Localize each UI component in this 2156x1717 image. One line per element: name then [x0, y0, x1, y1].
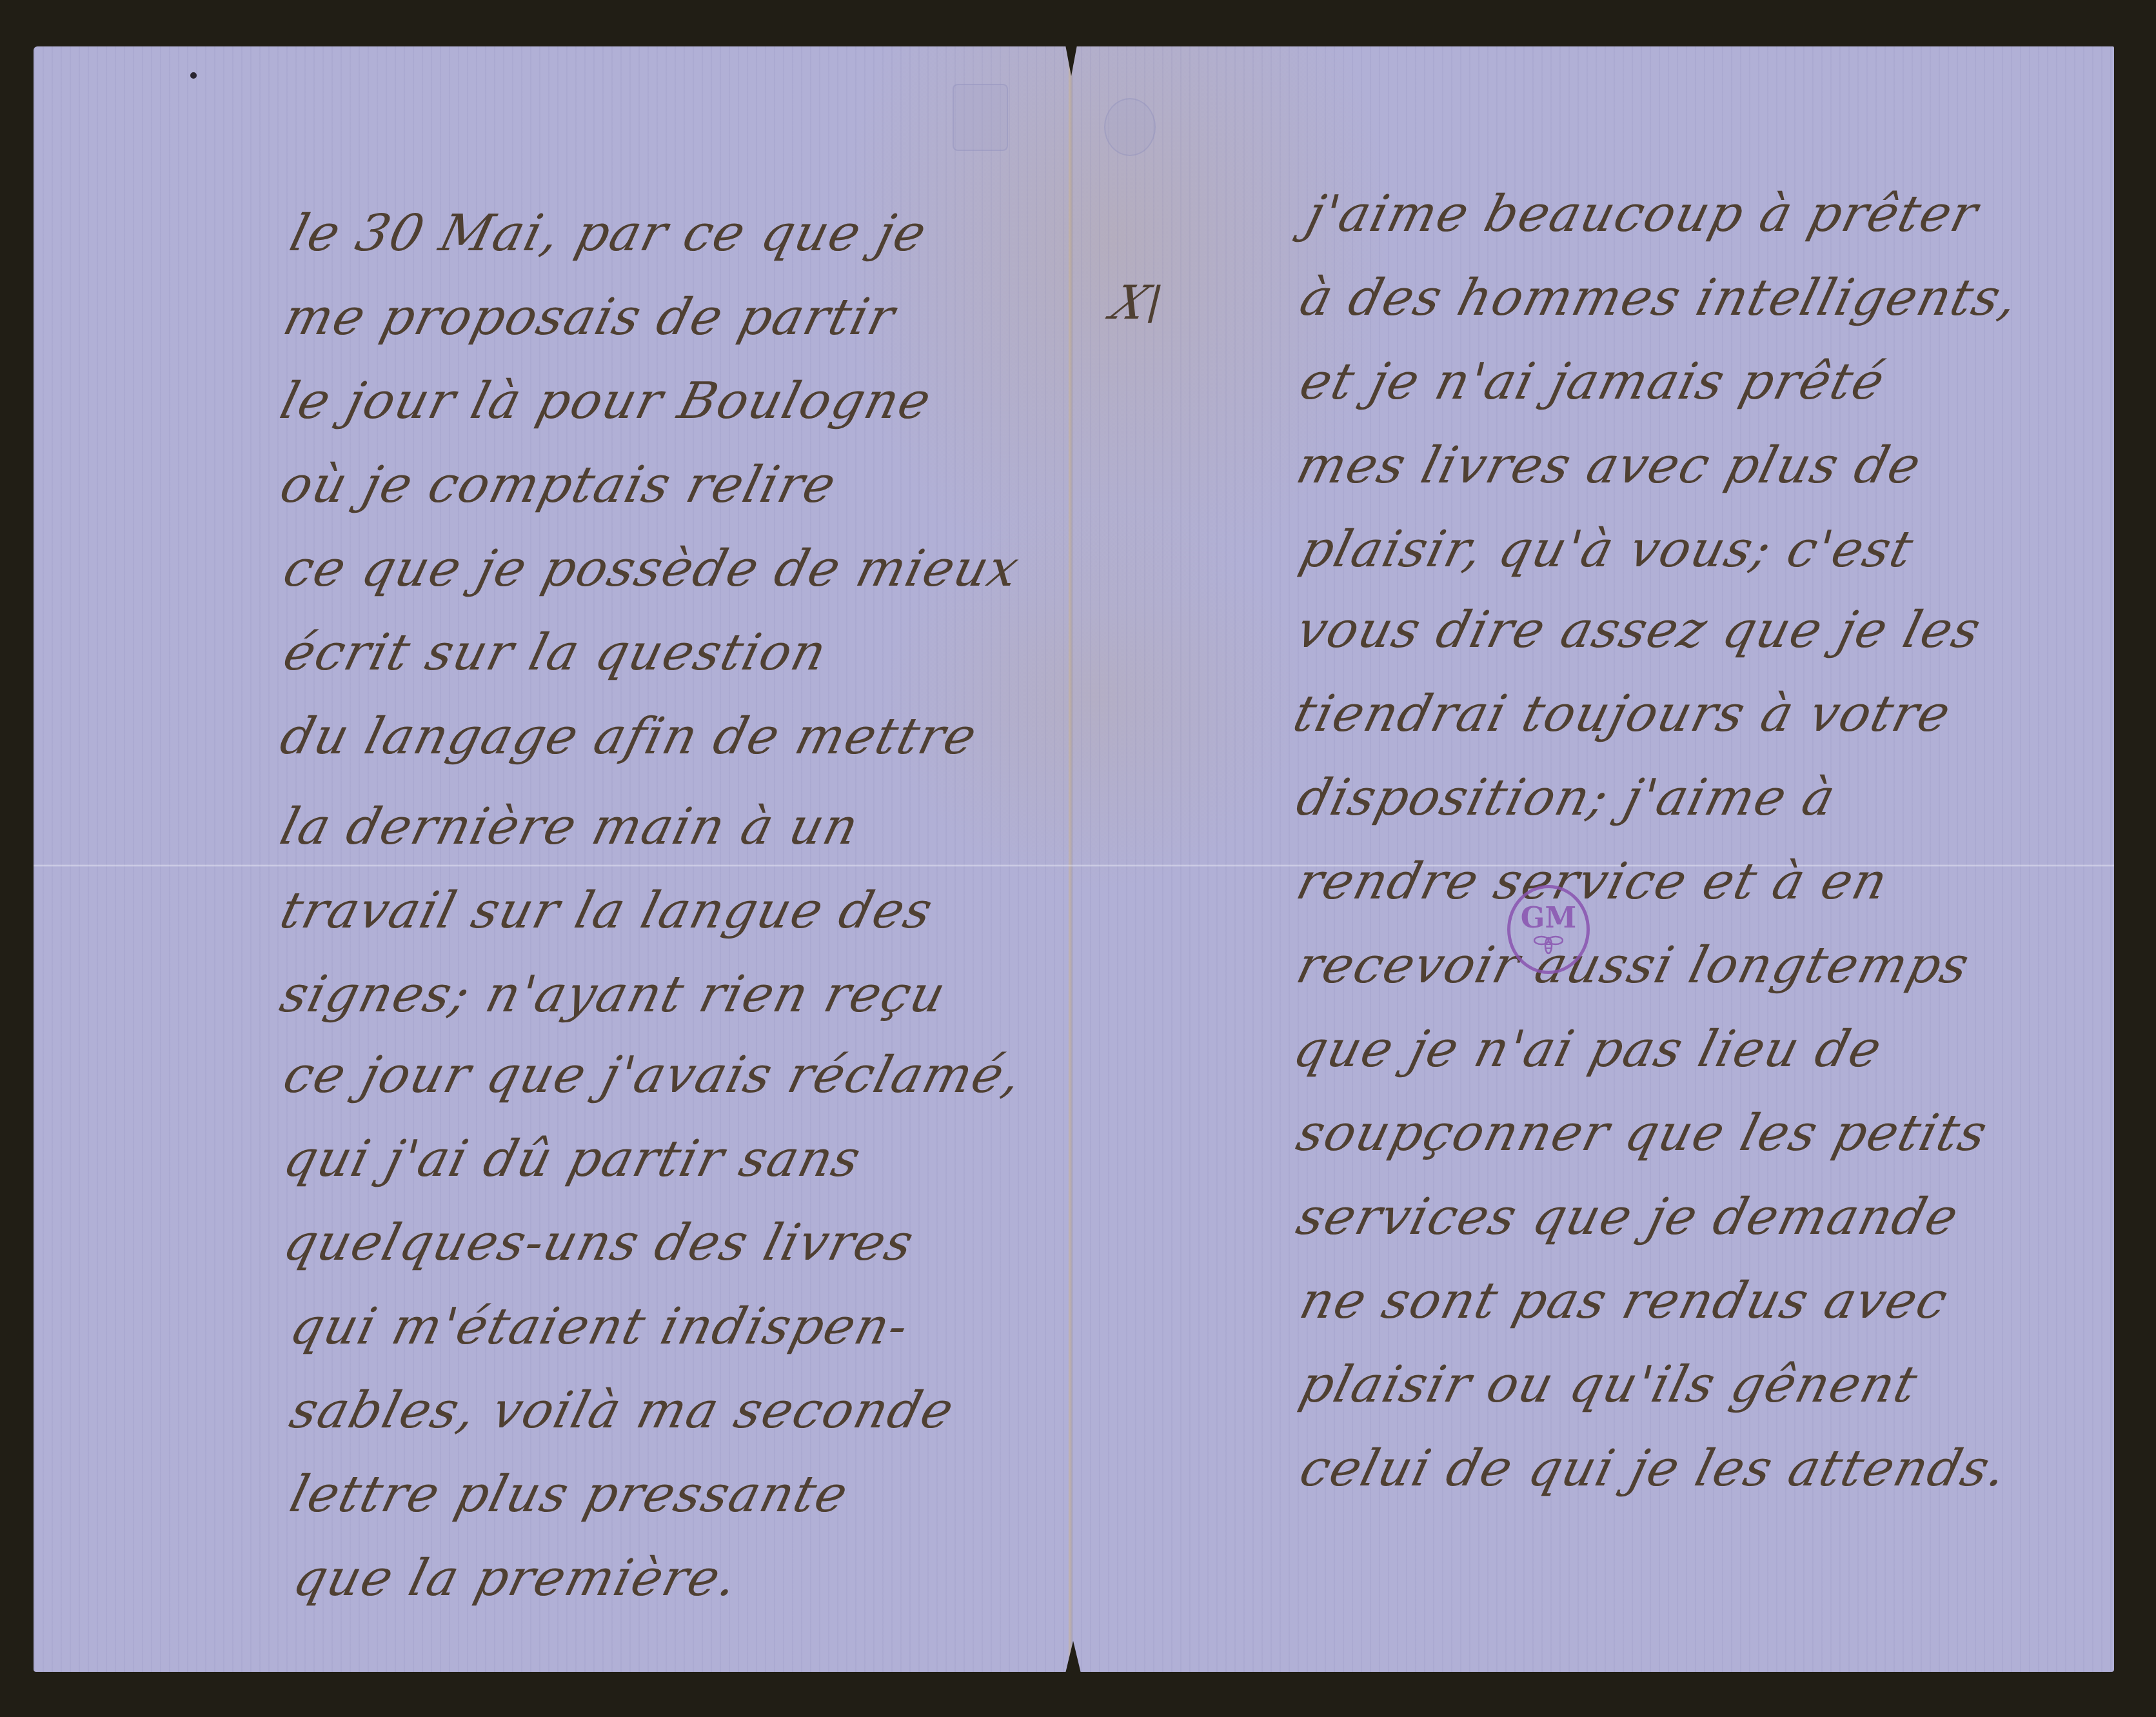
left-line-16: lettre plus pressante	[284, 1465, 855, 1523]
right-line-16: celui de qui je les attends.	[1294, 1440, 2013, 1498]
right-line-12: soupçonner que les petits	[1291, 1104, 1994, 1162]
left-line-5: ce que je possède de mieux	[278, 540, 1026, 598]
left-line-2: me proposais de partir	[278, 288, 902, 346]
right-line-6: vous dire assez que je les	[1291, 601, 1988, 659]
right-line-15: plaisir ou qu'ils gênent	[1294, 1356, 1924, 1414]
right-page: j'aime beaucoup à prêter à des hommes in…	[1069, 46, 2114, 1672]
right-line-2: à des hommes intelligents,	[1294, 269, 2025, 327]
right-line-10: recevoir aussi longtemps	[1291, 937, 1976, 995]
left-line-1: le 30 Mai, par ce que je	[284, 204, 933, 263]
left-line-4: où je comptais relire	[275, 456, 843, 514]
right-line-4: mes livres avec plus de	[1291, 437, 1928, 495]
left-line-12: qui j'ai dû partir sans	[278, 1130, 867, 1188]
right-line-11: que je n'ai pas lieu de	[1288, 1020, 1888, 1078]
stamp-monogram: GM	[1521, 904, 1576, 933]
left-line-15: sables, voilà ma seconde	[284, 1382, 960, 1440]
left-line-8: la dernière main à un	[275, 798, 865, 856]
right-line-9: rendre service et à en	[1291, 853, 1894, 911]
left-line-11: ce jour que j'avais réclamé,	[278, 1046, 1029, 1104]
left-line-9: travail sur la langue des	[275, 882, 939, 940]
right-line-5: plaisir, qu'à vous; c'est	[1294, 521, 1920, 579]
left-line-3: le jour là pour Boulogne	[275, 372, 938, 430]
bee-icon	[1534, 933, 1563, 955]
letter-sheet: le 30 Mai, par ce que je me proposais de…	[34, 46, 2114, 1672]
collection-stamp: GM	[1507, 885, 1590, 974]
left-line-17: que la première.	[288, 1549, 745, 1607]
left-page: le 30 Mai, par ce que je me proposais de…	[34, 46, 1069, 1672]
left-line-13: quelques-uns des livres	[278, 1214, 920, 1272]
right-line-7: tiendrai toujours à votre	[1288, 685, 1957, 743]
left-line-7: du langage afin de mettre	[275, 708, 984, 766]
left-line-10: signes; n'ayant rien reçu	[275, 966, 953, 1024]
right-line-1: j'aime beaucoup à prêter	[1301, 185, 1984, 243]
left-line-6: écrit sur la question	[278, 624, 833, 682]
right-line-13: services que je demande	[1291, 1188, 1965, 1246]
left-line-14: qui m'étaient indispen-	[284, 1298, 915, 1356]
right-line-8: disposition; j'aime à	[1291, 769, 1842, 827]
right-line-14: ne sont pas rendus avec	[1294, 1272, 1954, 1330]
right-line-3: et je n'ai jamais prêté	[1294, 353, 1892, 411]
